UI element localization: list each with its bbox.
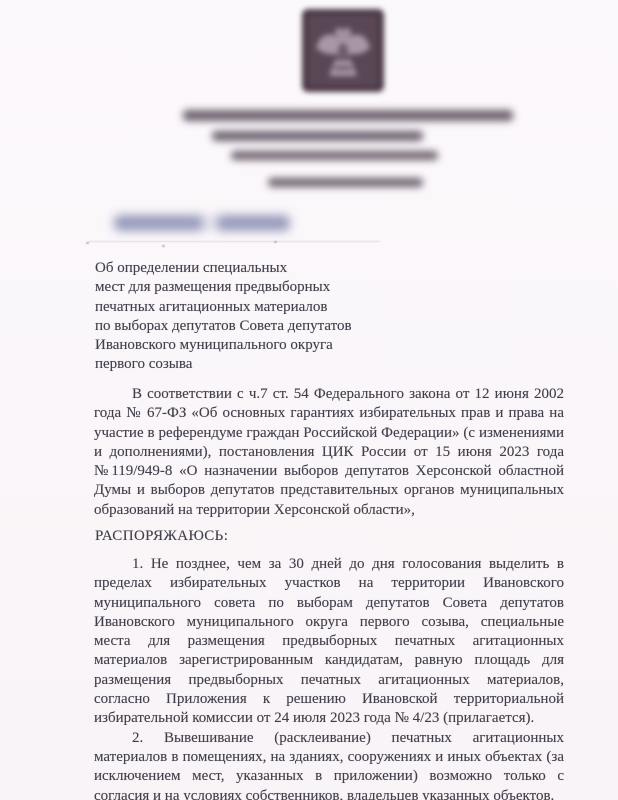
double-headed-eagle-icon (301, 8, 385, 93)
scan-speck (274, 241, 277, 243)
redacted-date-number (114, 215, 290, 231)
order-item-2: 2. Вывешивание (расклеивание) печатных а… (94, 729, 564, 800)
scan-speck (86, 242, 89, 244)
coat-of-arms-emblem (301, 8, 385, 93)
scan-speck (162, 245, 165, 247)
date-underline (88, 241, 380, 242)
redacted-header-line-3 (231, 151, 438, 160)
document-title: Об определении специальных мест для разм… (95, 259, 435, 375)
order-heading: РАСПОРЯЖАЮСЬ: (95, 527, 228, 546)
scanned-document-page: Об определении специальных мест для разм… (0, 0, 618, 800)
redacted-header-line-4 (268, 178, 423, 187)
preamble-paragraph: В соответствии с ч.7 ст. 54 Федерального… (94, 385, 564, 520)
order-items: 1. Не позднее, чем за 30 дней до дня гол… (94, 555, 564, 800)
redacted-header-line-2 (212, 131, 423, 141)
redacted-header-line-1 (183, 110, 513, 121)
order-item-1: 1. Не позднее, чем за 30 дней до дня гол… (94, 555, 564, 729)
